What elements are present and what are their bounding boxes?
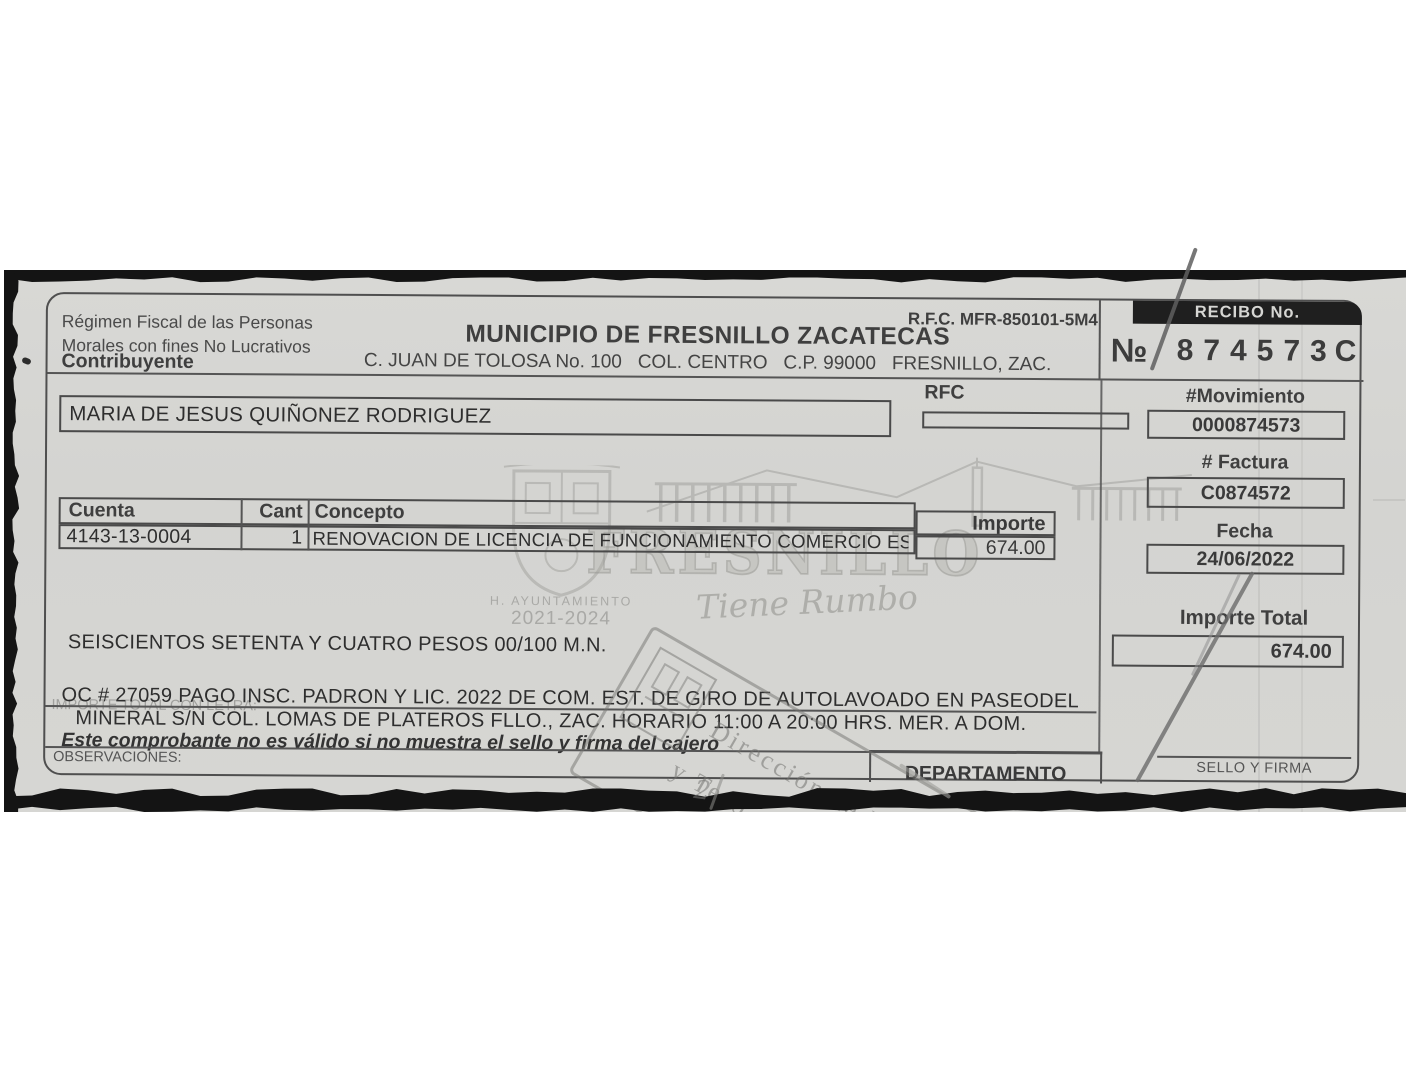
fecha-label: Fecha [1106,519,1382,544]
ayuntamiento-watermark: H. AYUNTAMIENTO [466,594,656,609]
factura-label: # Factura [1107,450,1383,475]
movimiento-value-box: 0000874573 [1147,410,1345,440]
pen-handwritten-note[interactable]: 2 [692,775,713,807]
contribuyente-name-box: MARIA DE JESUS QUIÑONEZ RODRIGUEZ [59,395,891,437]
cell-importe: 674.00 [915,535,1055,560]
col-header-cant: Cant [243,500,303,523]
regimen-line1: Régimen Fiscal de las Personas [62,310,313,335]
rfc-field-box [922,411,1129,429]
rfc-field-label: RFC [924,381,964,404]
sello-firma-label: SELLO Y FIRMA [1157,760,1351,777]
contribuyente-label: Contribuyente [62,350,194,374]
factura-value-box: C0874572 [1147,477,1345,509]
contribuyente-name: MARIA DE JESUS QUIÑONEZ RODRIGUEZ [61,397,889,435]
movimiento-label: #Movimiento [1107,384,1383,409]
cell-cuenta: 4143-13-0004 [66,525,191,549]
recibo-series: C [1335,335,1357,369]
municipality-address: C. JUAN DE TOLOSA No. 100 COL. CENTRO C.… [338,350,1078,377]
municipality-title: MUNICIPIO DE FRESNILLO ZACATECAS [338,320,1078,353]
recibo-number-row: № 874573 C [1098,323,1363,379]
importe-total-value-box: 674.00 [1112,635,1344,668]
period-watermark: 2021-2024 [466,608,656,631]
cell-concepto: RENOVACION DE LICENCIA DE FUNCIONAMIENTO… [312,528,908,554]
cell-cant: 1 [242,526,302,549]
scanned-receipt-paper: H. AYUNTAMIENTO 2021-2024 [4,271,1406,812]
col-header-importe: Importe [916,510,1056,536]
col-header-cuenta: Cuenta [69,499,135,522]
col-header-concepto: Concepto [315,501,405,525]
numero-symbol: № [1111,332,1148,370]
amount-in-words: SEISCIENTOS SETENTA Y CUATRO PESOS 00/10… [68,631,607,657]
stamp-crest-icon [619,646,717,750]
fecha-value-box: 24/06/2022 [1146,544,1344,575]
recibo-number: 874573 [1177,334,1337,369]
observaciones-label: OBSERVACIONES: [53,749,181,766]
scan-artifact [1373,499,1405,501]
table-divider-2 [307,499,309,551]
importe-total-label: Importe Total [1106,605,1382,631]
